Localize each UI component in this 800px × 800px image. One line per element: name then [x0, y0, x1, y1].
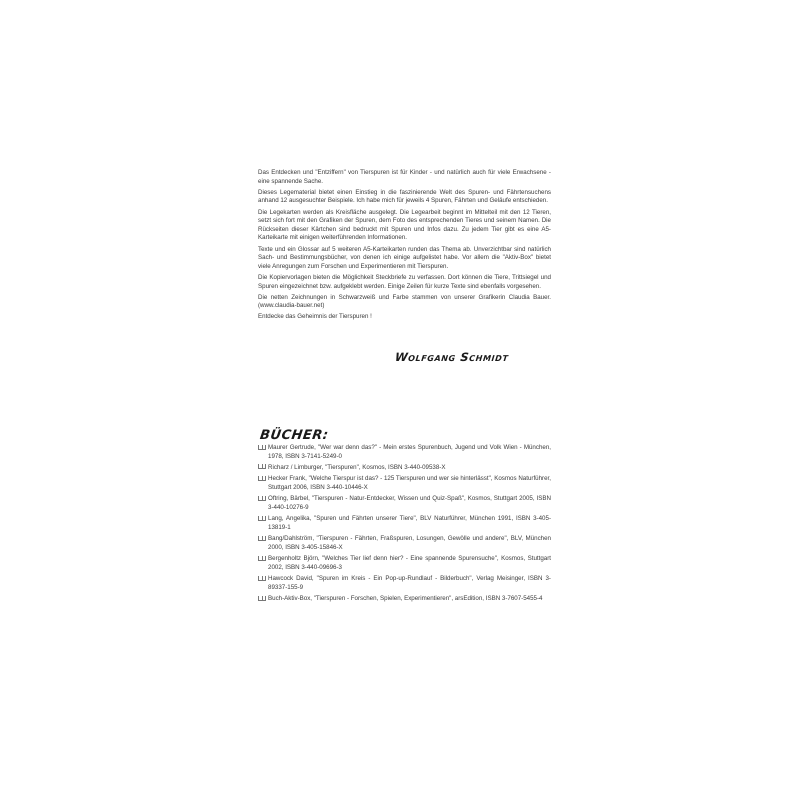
book-list-item: Richarz / Limburger, "Tierspuren", Kosmo… [258, 464, 551, 473]
intro-paragraph: Texte und ein Glossar auf 5 weiteren A5-… [258, 246, 551, 272]
book-list-item: Bergenholtz Björn, "Welches Tier lief de… [258, 555, 551, 572]
book-icon [258, 576, 266, 581]
book-entry: Hawcock David, "Spuren im Kreis - Ein Po… [268, 575, 551, 591]
book-entry: Lang, Angelika, "Spuren und Fährten unse… [268, 515, 551, 531]
book-list-item: Buch-Aktiv-Box, "Tierspuren - Forschen, … [258, 595, 551, 604]
book-list-item: Oftring, Bärbel, "Tierspuren - Natur-Ent… [258, 495, 551, 512]
book-list: Maurer Gertrude, "Wer war denn das?" - M… [258, 444, 551, 607]
book-icon [258, 596, 266, 601]
intro-paragraph: Die Legekarten werden als Kreisfläche au… [258, 209, 551, 243]
book-icon [258, 556, 266, 561]
book-icon [258, 516, 266, 521]
book-list-item: Bang/Dahlström, "Tierspuren - Fährten, F… [258, 535, 551, 552]
author-signature: Wolfgang Schmidt [394, 350, 509, 364]
book-entry: Bergenholtz Björn, "Welches Tier lief de… [268, 555, 551, 571]
intro-paragraph: Die Kopiervorlagen bieten die Möglichkei… [258, 274, 551, 291]
book-list-item: Lang, Angelika, "Spuren und Fährten unse… [258, 515, 551, 532]
intro-text: Das Entdecken und "Entziffern" von Tiers… [258, 169, 551, 325]
book-icon [258, 536, 266, 541]
intro-paragraph: Dieses Legematerial bietet einen Einstie… [258, 189, 551, 206]
book-entry: Bang/Dahlström, "Tierspuren - Fährten, F… [268, 535, 551, 551]
intro-paragraph: Entdecke das Geheimnis der Tierspuren ! [258, 313, 551, 322]
book-entry: Oftring, Bärbel, "Tierspuren - Natur-Ent… [268, 495, 551, 511]
book-list-item: Hawcock David, "Spuren im Kreis - Ein Po… [258, 575, 551, 592]
book-entry: Maurer Gertrude, "Wer war denn das?" - M… [268, 444, 551, 460]
book-icon [258, 476, 266, 481]
book-list-item: Maurer Gertrude, "Wer war denn das?" - M… [258, 444, 551, 461]
book-entry: Buch-Aktiv-Box, "Tierspuren - Forschen, … [268, 595, 542, 602]
books-heading: BÜCHER: [259, 428, 330, 443]
book-icon [258, 464, 266, 469]
intro-paragraph: Das Entdecken und "Entziffern" von Tiers… [258, 169, 551, 186]
intro-paragraph: Die netten Zeichnungen in Schwarzweiß un… [258, 294, 551, 311]
book-icon [258, 496, 266, 501]
book-entry: Hecker Frank, "Welche Tierspur ist das? … [268, 475, 551, 491]
book-icon [258, 445, 266, 450]
book-entry: Richarz / Limburger, "Tierspuren", Kosmo… [268, 464, 446, 471]
book-list-item: Hecker Frank, "Welche Tierspur ist das? … [258, 475, 551, 492]
